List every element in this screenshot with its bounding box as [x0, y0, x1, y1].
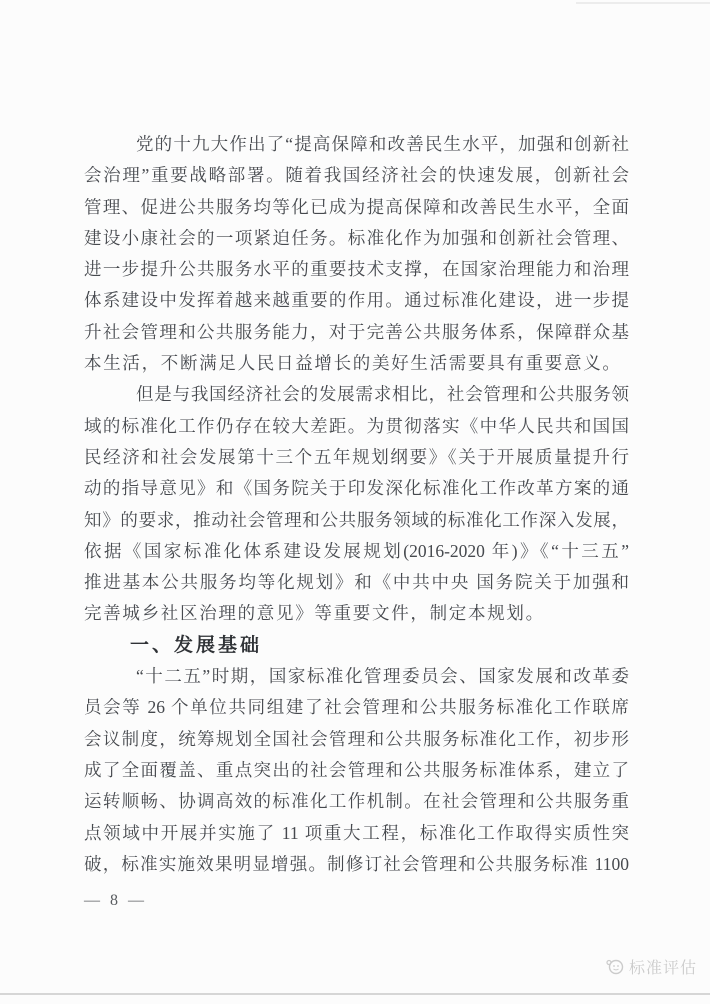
text-line: 进一步提升公共服务水平的重要技术支撑，在国家治理能力和治理: [84, 254, 629, 285]
text-line: 成了全面覆盖、重点突出的社会管理和公共服务标准体系，建立了: [84, 755, 629, 786]
magnifier-face-logo-icon: [605, 957, 625, 977]
text-line: 升社会管理和公共服务能力，对于完善公共服务体系，保障群众基: [84, 317, 629, 348]
watermark-label: 标准评估: [629, 955, 697, 978]
text-line: 体系建设中发挥着越来越重要的作用。通过标准化建设，进一步提: [84, 285, 629, 316]
text-line: 本生活，不断满足人民日益增长的美好生活需要具有重要意义。: [84, 348, 629, 379]
text-line: 会治理”重要战略部署。随着我国经济社会的快速发展，创新社会: [84, 160, 629, 191]
text-line: 党的十九大作出了“提高保障和改善民生水平，加强和创新社: [84, 129, 629, 160]
watermark: 标准评估: [605, 955, 697, 978]
section-heading: 一、发展基础: [84, 630, 629, 661]
text-line: 员会等 26 个单位共同组建了社会管理和公共服务标准化工作联席: [84, 692, 629, 723]
text-line: 管理、促进公共服务均等化已成为提高保障和改善民生水平，全面: [84, 192, 629, 223]
text-line: 完善城乡社区治理的意见》等重要文件，制定本规划。: [84, 598, 629, 629]
text-line: 民经济和社会发展第十三个五年规划纲要》《关于开展质量提升行: [84, 442, 629, 473]
text-line: 动的指导意见》和《国务院关于印发深化标准化工作改革方案的通: [84, 473, 629, 504]
text-line: 但是与我国经济社会的发展需求相比，社会管理和公共服务领: [84, 379, 629, 410]
text-line: 知》的要求，推动社会管理和公共服务领域的标准化工作深入发展，: [84, 505, 629, 536]
text-line: 依据《国家标准化体系建设发展规划(2016-2020 年)》《“十三五”: [84, 536, 629, 567]
bottom-divider: [0, 993, 710, 995]
text-line: 破，标准实施效果明显增强。制修订社会管理和公共服务标准 1100: [84, 849, 629, 880]
text-line: 运转顺畅、协调高效的标准化工作机制。在社会管理和公共服务重: [84, 786, 629, 817]
page-number: — 8 —: [84, 892, 147, 910]
scan-edge-artifact: [576, 2, 710, 4]
text-line: “十二五”时期，国家标准化管理委员会、国家发展和改革委: [84, 661, 629, 692]
text-line: 会议制度，统筹规划全国社会管理和公共服务标准化工作，初步形: [84, 724, 629, 755]
document-body: 党的十九大作出了“提高保障和改善民生水平，加强和创新社会治理”重要战略部署。随着…: [84, 129, 629, 880]
text-line: 域的标准化工作仍存在较大差距。为贯彻落实《中华人民共和国国: [84, 411, 629, 442]
text-line: 点领域中开展并实施了 11 项重大工程，标准化工作取得实质性突: [84, 818, 629, 849]
text-line: 推进基本公共服务均等化规划》和《中共中央 国务院关于加强和: [84, 567, 629, 598]
scanned-document-page: 党的十九大作出了“提高保障和改善民生水平，加强和创新社会治理”重要战略部署。随着…: [0, 0, 710, 1004]
text-line: 建设小康社会的一项紧迫任务。标准化作为加强和创新社会管理、: [84, 223, 629, 254]
